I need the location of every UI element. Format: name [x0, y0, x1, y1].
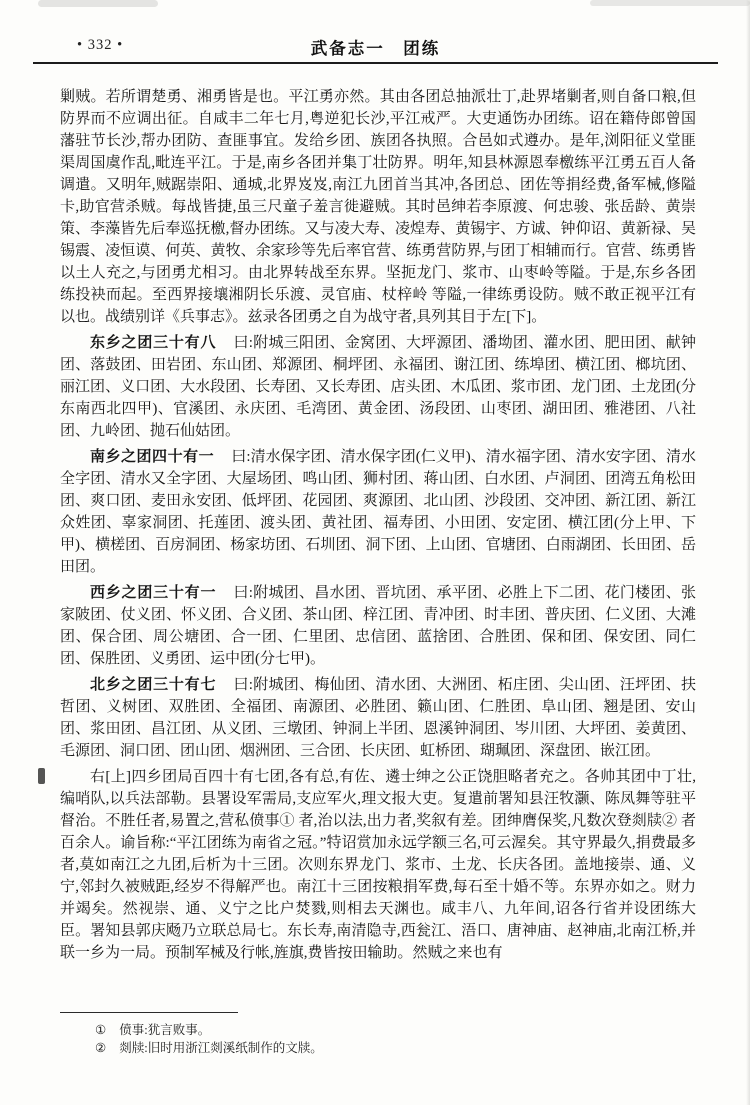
section-heading: 东乡之团三十有八 — [90, 335, 216, 351]
section-heading: 北乡之团三十有七 — [90, 677, 216, 693]
paragraph-south-district-teams: 南乡之团四十有一曰:清水保字团、清水保字团(仁义甲)、清水福字团、清水安字团、清… — [60, 446, 696, 578]
section-heading: 西乡之团三十有一 — [90, 585, 216, 601]
scan-edge-shadow — [746, 0, 750, 1105]
footnotes: ①偾事:犹言败事。 ②剡牍:旧时用浙江剡溪纸制作的文牍。 — [60, 1012, 660, 1057]
footnote-divider — [60, 1012, 238, 1013]
running-title: 武备志一 团练 — [33, 35, 718, 59]
footnote-text: 剡牍:旧时用浙江剡溪纸制作的文牍。 — [119, 1041, 322, 1055]
footnote-item: ②剡牍:旧时用浙江剡溪纸制作的文牍。 — [60, 1040, 660, 1058]
footnote-item: ①偾事:犹言败事。 — [60, 1022, 660, 1040]
paragraph-text: 剿贼。若所谓楚勇、湘勇皆是也。平江勇亦然。其由各团总抽派壮丁,赴界堵剿者,则自备… — [60, 89, 696, 325]
paragraph-text: 右[上]四乡团局百四十有七团,各有总,有佐、遴士绅之公正饶胆略者充之。各帅其团中… — [60, 769, 696, 961]
page-body: 剿贼。若所谓楚勇、湘勇皆是也。平江勇亦然。其由各团总抽派壮丁,赴界堵剿者,则自备… — [60, 86, 696, 968]
scan-speck — [38, 768, 45, 784]
page-header: • 332 • 武备志一 团练 — [33, 34, 718, 64]
paragraph-text: 曰:清水保字团、清水保字团(仁义甲)、清水福字团、清水安字团、清水全字团、清水又… — [60, 449, 696, 575]
section-heading: 南乡之团四十有一 — [90, 449, 214, 465]
scanned-book-page: • 332 • 武备志一 团练 剿贼。若所谓楚勇、湘勇皆是也。平江勇亦然。其由各… — [0, 0, 750, 1105]
scan-smudge — [38, 0, 158, 7]
scan-smudge — [590, 0, 750, 6]
paragraph-east-district-teams: 东乡之团三十有八曰:附城三阳团、金窝团、大坪源团、潘坳团、灌水团、肥田团、献钟团… — [60, 332, 696, 442]
paragraph-intro: 剿贼。若所谓楚勇、湘勇皆是也。平江勇亦然。其由各团总抽派壮丁,赴界堵剿者,则自备… — [60, 86, 696, 328]
paragraph-west-district-teams: 西乡之团三十有一曰:附城团、昌水团、晋坑团、承平团、必胜上下二团、花门楼团、张家… — [60, 582, 696, 670]
paragraph-summary: 右[上]四乡团局百四十有七团,各有总,有佐、遴士绅之公正饶胆略者充之。各帅其团中… — [60, 766, 696, 964]
paragraph-north-district-teams: 北乡之团三十有七曰:附城团、梅仙团、清水团、大洲团、柘庄团、尖山团、汪坪团、扶哲… — [60, 674, 696, 762]
footnote-marker: ① — [95, 1023, 106, 1037]
footnote-text: 偾事:犹言败事。 — [119, 1023, 210, 1037]
footnote-marker: ② — [95, 1041, 106, 1055]
